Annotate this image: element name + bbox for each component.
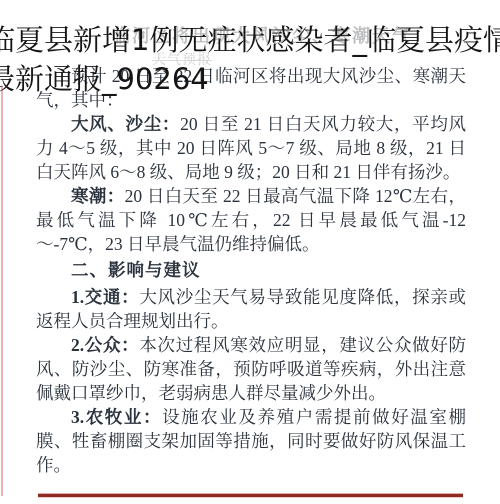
paragraph: 1.交通：大风沙尘天气易导致能见度降低，探亲或返程人员合理规划出行。 (36, 285, 466, 333)
section-heading-label: 二、影响与建议 (71, 261, 201, 281)
paragraph-label: 大风、沙尘： (71, 114, 180, 134)
paragraph: 2.公众：本次过程风寒效应明显，建议公众做好防风、防沙尘、防寒准备，预防呼吸道等… (36, 333, 466, 405)
paragraph-label: 2.公众： (71, 335, 139, 355)
section-heading: 二、影响与建议 (36, 259, 466, 283)
page-title: 临夏县新增1例无症状感染者_临夏县疫情防控最新通报_90264 (0, 21, 500, 99)
page-title-line2: 最新通报_90264 (0, 60, 500, 99)
paragraph-label: 寒潮： (71, 186, 125, 206)
page-title-line1: 临夏县新增1例无症状感染者_临夏县疫情防控 (0, 23, 500, 57)
paragraph: 寒潮：20 日白天至 22 日最高气温下降 12℃左右，最低气温下降 10℃左右… (36, 184, 466, 256)
paragraph-label: 3.农牧业： (71, 407, 162, 427)
document-left-border (1, 86, 3, 496)
paragraph: 大风、沙尘：20 日至 21 日白天风力较大，平均风力 4～5 级，其中 20 … (36, 112, 466, 184)
document-body: 预计 20 日至 22 日临河区将出现大风沙尘、寒潮天气，其中： 大风、沙尘：2… (36, 64, 466, 477)
paragraph-label: 1.交通： (71, 287, 139, 307)
document-bottom-rule (38, 494, 463, 497)
paragraph: 3.农牧业：设施农业及养殖户需提前做好温室棚膜、牲畜棚圈支架加固等措施，同时要做… (36, 405, 466, 477)
article-page: 临河区将出现大风沙尘、寒潮天气 天气预报 预计 20 日至 22 日临河区将出现… (0, 0, 500, 504)
